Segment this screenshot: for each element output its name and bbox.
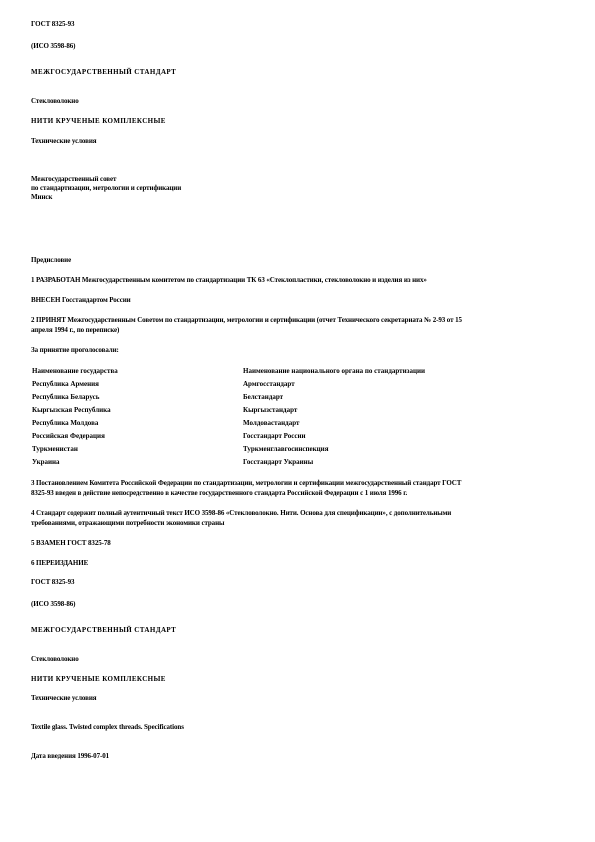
publisher-line-2: по стандартизации, метрологии и сертифик…: [31, 184, 181, 193]
body-cell: Туркменглавгосинспекция: [243, 445, 329, 454]
body-cell: Молдовастандарт: [243, 419, 299, 428]
foreword-heading: Предисловие: [31, 256, 71, 265]
repeat-iso-reference: (ИСО 3598-86): [31, 600, 75, 609]
state-cell: Республика Молдова: [32, 419, 98, 427]
foreword-item-5: 5 ВЗАМЕН ГОСТ 8325-78: [31, 539, 111, 548]
document-designation: ГОСТ 8325-93: [31, 20, 74, 29]
publisher-line-1: Межгосударственный совет: [31, 175, 116, 184]
foreword-item-3-line-2: 8325-93 введен в действие непосредственн…: [31, 489, 407, 498]
voted-label: За принятие проголосовали:: [31, 346, 119, 355]
state-cell: Украина: [32, 458, 60, 466]
body-cell: Белстандарт: [243, 393, 283, 402]
table-row: Российская Федерация Госстандарт России: [32, 432, 105, 441]
repeat-standard-type: МЕЖГОСУДАРСТВЕННЫЙ СТАНДАРТ: [31, 626, 176, 635]
repeat-document-subtitle: Технические условия: [31, 694, 96, 703]
table-row: Кыргызская Республика Кыргызстандарт: [32, 406, 111, 415]
repeat-designation: ГОСТ 8325-93: [31, 578, 74, 587]
table-row: Республика Беларусь Белстандарт: [32, 393, 99, 402]
repeat-subject-area: Стекловолокно: [31, 655, 79, 664]
state-cell: Кыргызская Республика: [32, 406, 111, 414]
table-row: Республика Армения Армгосстандарт: [32, 380, 99, 389]
repeat-document-title: НИТИ КРУЧЕНЫЕ КОМПЛЕКСНЫЕ: [31, 675, 166, 684]
publisher-city: Минск: [31, 193, 52, 202]
column-header-body: Наименование национального органа по ста…: [243, 367, 425, 376]
state-cell: Республика Беларусь: [32, 393, 99, 401]
document-subtitle: Технические условия: [31, 137, 96, 146]
state-cell: Республика Армения: [32, 380, 99, 388]
foreword-item-1: 1 РАЗРАБОТАН Межгосударственным комитето…: [31, 276, 427, 285]
foreword-item-4-line-2: требованиями, отражающими потребности эк…: [31, 519, 224, 528]
subject-area: Стекловолокно: [31, 97, 79, 106]
body-cell: Госстандарт России: [243, 432, 306, 441]
iso-reference: (ИСО 3598-86): [31, 42, 75, 51]
foreword-item-4-line-1: 4 Стандарт содержит полный аутентичный т…: [31, 509, 451, 518]
table-row: Украина Госстандарт Украины: [32, 458, 60, 467]
foreword-item-2-line-1: 2 ПРИНЯТ Межгосударственным Советом по с…: [31, 316, 462, 325]
foreword-item-6: 6 ПЕРЕИЗДАНИЕ: [31, 559, 88, 568]
column-header-state: Наименование государства: [32, 367, 118, 375]
body-cell: Армгосстандарт: [243, 380, 295, 389]
foreword-item-2-line-2: апреля 1994 г., по переписке): [31, 326, 119, 335]
standard-type: МЕЖГОСУДАРСТВЕННЫЙ СТАНДАРТ: [31, 68, 176, 77]
state-cell: Российская Федерация: [32, 432, 105, 440]
body-cell: Кыргызстандарт: [243, 406, 297, 415]
body-cell: Госстандарт Украины: [243, 458, 313, 467]
table-row: Республика Молдова Молдовастандарт: [32, 419, 98, 428]
english-title: Textile glass. Twisted complex threads. …: [31, 723, 184, 732]
state-cell: Туркменистан: [32, 445, 78, 453]
table-row: Туркменистан Туркменглавгосинспекция: [32, 445, 78, 454]
foreword-item-3-line-1: 3 Постановлением Комитета Российской Фед…: [31, 479, 461, 488]
document-title: НИТИ КРУЧЕНЫЕ КОМПЛЕКСНЫЕ: [31, 117, 166, 126]
table-header: Наименование государства Наименование на…: [32, 367, 118, 376]
effective-date: Дата введения 1996-07-01: [31, 752, 109, 761]
foreword-introduced: ВНЕСЕН Госстандартом России: [31, 296, 131, 305]
